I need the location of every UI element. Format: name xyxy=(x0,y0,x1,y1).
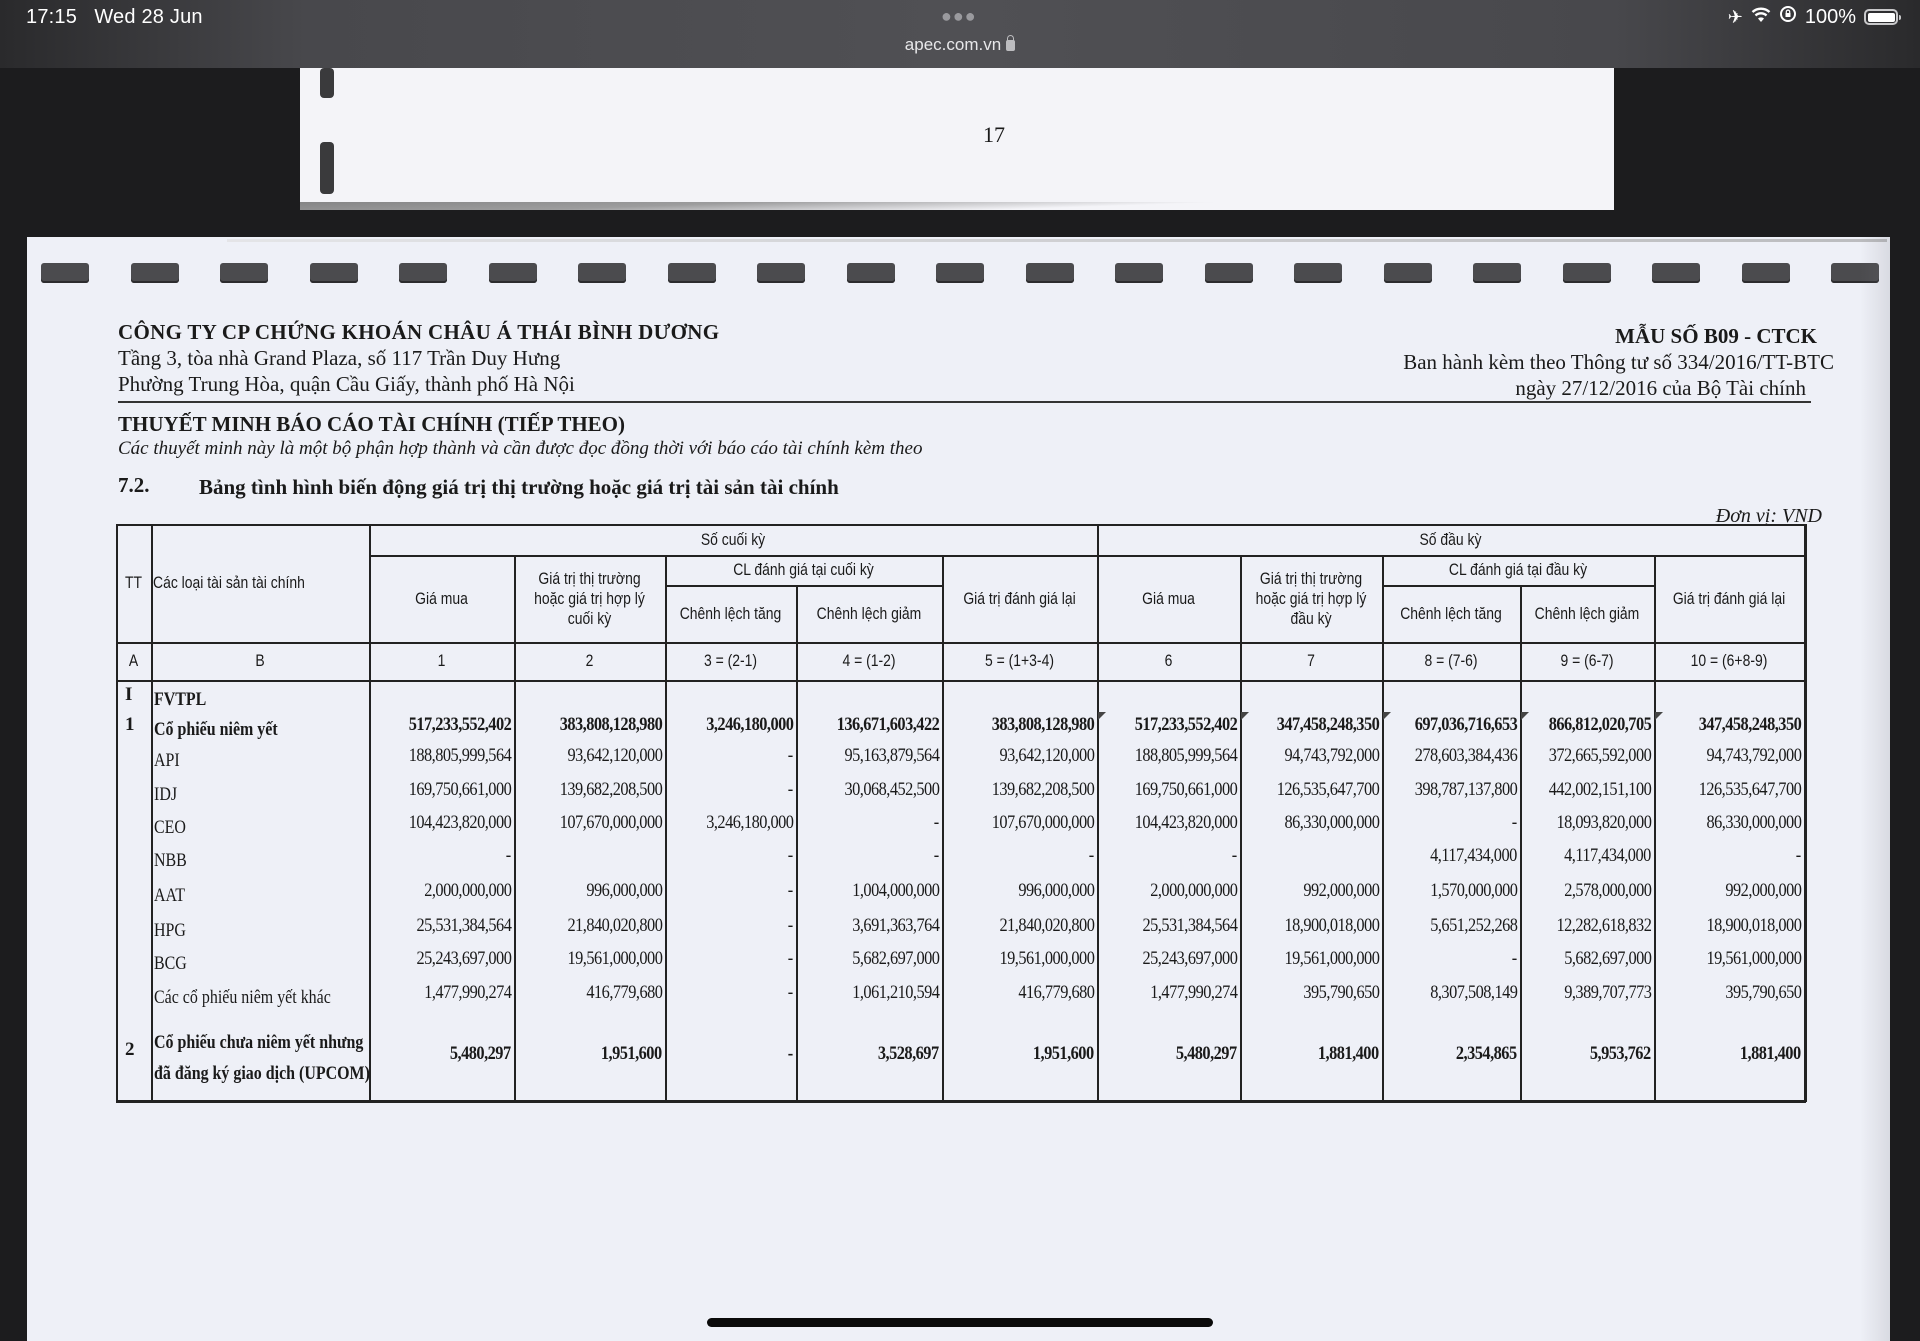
table-cell-value: 21,840,020,800 xyxy=(999,915,1094,937)
wifi-icon xyxy=(1751,6,1771,29)
table-cell-value: 866,812,020,705 xyxy=(1548,714,1651,736)
table-cell-value: 19,561,000,000 xyxy=(1706,948,1801,970)
table-cell-value: 2,354,865 xyxy=(1456,1043,1517,1065)
form-number: MẪU SỐ B09 - CTCK xyxy=(1615,324,1817,349)
table-cell-value: - xyxy=(1512,948,1517,970)
page-top-edge xyxy=(227,239,1887,242)
cell-comment-marker-icon xyxy=(1383,712,1391,720)
table-cell-value: 517,233,552,402 xyxy=(408,714,511,736)
table-cell-value: 398,787,137,800 xyxy=(1414,779,1517,801)
table-cell-value: 395,790,650 xyxy=(1303,982,1379,1004)
table-cell-value: 1,881,400 xyxy=(1318,1043,1379,1065)
page-number: 17 xyxy=(983,122,1005,148)
row-index: I xyxy=(125,684,132,706)
table-cell-value: 136,671,603,422 xyxy=(836,714,939,736)
table-cell-value: 1,951,600 xyxy=(601,1043,662,1065)
table-cell-value: 12,282,618,832 xyxy=(1556,915,1651,937)
table-cell-value: 9,389,707,773 xyxy=(1564,982,1651,1004)
table-cell-value: - xyxy=(934,812,939,834)
table-cell-value: 25,243,697,000 xyxy=(1142,948,1237,970)
table-cell-value: 347,458,248,350 xyxy=(1698,714,1801,736)
binder-hole-icon xyxy=(310,263,358,283)
table-cell-value: 18,093,820,000 xyxy=(1556,812,1651,834)
table-cell-value: 94,743,792,000 xyxy=(1284,745,1379,767)
table-cell-value: 992,000,000 xyxy=(1303,880,1379,902)
status-bar: 17:15 Wed 28 Jun ●●● apec.com.vn ✈ 100% xyxy=(0,0,1920,68)
table-cell-value: 1,061,210,594 xyxy=(852,982,939,1004)
column-header: Giá trị thị trường hoặc giá trị hợp lý c… xyxy=(528,555,652,642)
table-cell-value: 25,531,384,564 xyxy=(416,915,511,937)
table-cell-value: 86,330,000,000 xyxy=(1284,812,1379,834)
table-cell-value: 2,000,000,000 xyxy=(424,880,511,902)
previous-page-fragment: 17 xyxy=(300,68,1614,210)
table-rule xyxy=(116,524,118,1102)
table-cell-value: 383,808,128,980 xyxy=(991,714,1094,736)
binder-hole-icon xyxy=(757,263,805,283)
row-label: API xyxy=(154,745,180,776)
table-rule xyxy=(796,585,798,1101)
binder-hole-icon xyxy=(220,263,268,283)
binder-hole-icon xyxy=(320,68,334,98)
index-cell: 2 xyxy=(528,642,652,680)
table-cell-value: 416,779,680 xyxy=(586,982,662,1004)
lock-icon xyxy=(1006,40,1015,51)
table-cell-value: - xyxy=(788,948,793,970)
table-cell-value: 992,000,000 xyxy=(1725,880,1801,902)
url-bar[interactable]: apec.com.vn xyxy=(0,35,1920,55)
index-cell: 10 = (6+8-9) xyxy=(1668,642,1791,680)
table-cell-value: 5,682,697,000 xyxy=(1564,948,1651,970)
table-cell-value: 107,670,000,000 xyxy=(991,812,1094,834)
cell-comment-marker-icon xyxy=(1241,712,1249,720)
table-cell-value: - xyxy=(788,779,793,801)
orientation-lock-icon xyxy=(1779,5,1797,29)
header-tt: TT xyxy=(119,524,148,642)
table-cell-value: 18,900,018,000 xyxy=(1284,915,1379,937)
binder-hole-icon xyxy=(1652,263,1700,283)
table-cell-value: 139,682,208,500 xyxy=(559,779,662,801)
row-label: CEO xyxy=(154,812,186,843)
table-cell-value: 3,528,697 xyxy=(878,1043,939,1065)
binder-hole-icon xyxy=(1473,263,1521,283)
binder-hole-icon xyxy=(668,263,716,283)
column-header: Chênh lệch giảm xyxy=(809,585,929,642)
index-cell: 3 = (2-1) xyxy=(677,642,784,680)
table-cell-value: 1,477,990,274 xyxy=(424,982,511,1004)
row-label: BCG xyxy=(154,948,187,979)
company-address-line2: Phường Trung Hòa, quận Cầu Giấy, thành p… xyxy=(118,372,575,397)
table-cell-value: 1,004,000,000 xyxy=(852,880,939,902)
table-cell-value: 5,480,297 xyxy=(1176,1043,1237,1065)
status-icons: ✈ 100% xyxy=(1728,5,1898,29)
table-cell-value: 19,561,000,000 xyxy=(567,948,662,970)
table-cell-value: 5,953,762 xyxy=(1590,1043,1651,1065)
table-cell-value: 19,561,000,000 xyxy=(1284,948,1379,970)
binder-hole-icon xyxy=(320,142,334,194)
column-header: Chênh lệch tăng xyxy=(1394,585,1507,642)
table-cell-value: 139,682,208,500 xyxy=(991,779,1094,801)
table-cell-value: - xyxy=(1796,845,1801,867)
table-cell-value: 107,670,000,000 xyxy=(559,812,662,834)
column-header: Giá trị đánh giá lại xyxy=(956,555,1083,642)
table-cell-value: 697,036,716,653 xyxy=(1414,714,1517,736)
binder-hole-icon xyxy=(41,263,89,283)
row-label: Các cổ phiếu niêm yết khác xyxy=(154,982,331,1013)
table-cell-value: 188,805,999,564 xyxy=(408,745,511,767)
cell-comment-marker-icon xyxy=(1098,712,1106,720)
binder-hole-icon xyxy=(1742,263,1790,283)
row-label: Cổ phiếu niêm yết xyxy=(154,714,278,745)
binder-hole-icon xyxy=(131,263,179,283)
status-time: 17:15 Wed 28 Jun xyxy=(26,6,203,29)
table-rule xyxy=(1097,524,1099,1101)
table-cell-value: 93,642,120,000 xyxy=(567,745,662,767)
row-label: FVTPL xyxy=(154,684,206,715)
cell-comment-marker-icon xyxy=(1655,712,1663,720)
company-address-line1: Tầng 3, tòa nhà Grand Plaza, số 117 Trần… xyxy=(118,346,560,371)
table-rule xyxy=(665,555,667,1101)
table-cell-value: 18,900,018,000 xyxy=(1706,915,1801,937)
index-cell: 9 = (6-7) xyxy=(1532,642,1642,680)
issued-by-line1: Ban hành kèm theo Thông tư số 334/2016/T… xyxy=(1403,350,1834,375)
table-cell-value: 372,665,592,000 xyxy=(1548,745,1651,767)
table-cell-value: 93,642,120,000 xyxy=(999,745,1094,767)
table-cell-value: 188,805,999,564 xyxy=(1134,745,1237,767)
battery-percent: 100% xyxy=(1805,6,1856,29)
table-cell-value: 3,246,180,000 xyxy=(706,714,793,736)
table-cell-value: - xyxy=(788,1043,793,1065)
table-cell-value: - xyxy=(788,880,793,902)
row-index: 1 xyxy=(125,714,135,736)
table-rule xyxy=(369,524,371,1101)
document-page: CÔNG TY CP CHỨNG KHOÁN CHÂU Á THÁI BÌNH … xyxy=(27,237,1890,1341)
table-cell-value: 169,750,661,000 xyxy=(1134,779,1237,801)
binder-hole-icon xyxy=(936,263,984,283)
table-cell-value: 1,570,000,000 xyxy=(1430,880,1517,902)
column-header: Giá trị thị trường hoặc giá trị hợp lý đ… xyxy=(1253,555,1369,642)
table-cell-value: 996,000,000 xyxy=(586,880,662,902)
binder-hole-icon xyxy=(1026,263,1074,283)
header-begin-period: Số đầu kỳ xyxy=(1161,524,1741,555)
table-cell-value: 3,691,363,764 xyxy=(852,915,939,937)
url-text: apec.com.vn xyxy=(905,35,1001,54)
table-cell-value: 442,002,151,100 xyxy=(1548,779,1651,801)
index-cell: B xyxy=(171,642,350,680)
table-rule xyxy=(1654,555,1656,1101)
table-cell-value: - xyxy=(1089,845,1094,867)
table-cell-value: 4,117,434,000 xyxy=(1430,845,1517,867)
table-cell-value: 3,246,180,000 xyxy=(706,812,793,834)
column-header: Giá mua xyxy=(1110,555,1227,642)
table-cell-value: 1,881,400 xyxy=(1740,1043,1801,1065)
header-end-revaluation-diff: CL đánh giá tại cuối kỳ xyxy=(690,555,917,585)
table-cell-value: 2,578,000,000 xyxy=(1564,880,1651,902)
table-cell-value: 21,840,020,800 xyxy=(567,915,662,937)
section-number: 7.2. xyxy=(118,473,150,498)
table-cell-value: - xyxy=(788,915,793,937)
section-title: Bảng tình hình biến động giá trị thị trư… xyxy=(199,475,839,500)
header-begin-revaluation-diff: CL đánh giá tại đầu kỳ xyxy=(1406,555,1629,585)
column-header: Chênh lệch tăng xyxy=(677,585,784,642)
index-cell: 8 = (7-6) xyxy=(1394,642,1507,680)
row-index: 2 xyxy=(125,1039,135,1061)
column-header: Giá trị đánh giá lại xyxy=(1668,555,1791,642)
index-cell: 4 = (1-2) xyxy=(809,642,929,680)
table-cell-value: 416,779,680 xyxy=(1018,982,1094,1004)
notes-subtitle: Các thuyết minh này là một bộ phận hợp t… xyxy=(118,438,922,460)
binder-holes xyxy=(41,263,1881,285)
table-cell-value: 395,790,650 xyxy=(1725,982,1801,1004)
index-cell: 7 xyxy=(1253,642,1369,680)
column-header: Giá mua xyxy=(382,555,501,642)
table-cell-value: 517,233,552,402 xyxy=(1134,714,1237,736)
table-rule xyxy=(514,555,516,1101)
table-cell-value: 104,423,820,000 xyxy=(1134,812,1237,834)
index-cell: 1 xyxy=(382,642,501,680)
table-cell-value: - xyxy=(788,982,793,1004)
column-header: Chênh lệch giảm xyxy=(1532,585,1642,642)
header-end-period: Số cuối kỳ xyxy=(435,524,1032,555)
table-cell-value: 1,477,990,274 xyxy=(1150,982,1237,1004)
binder-hole-icon xyxy=(1115,263,1163,283)
table-cell-value: - xyxy=(1232,845,1237,867)
table-cell-value: 5,480,297 xyxy=(450,1043,511,1065)
table-cell-value: 86,330,000,000 xyxy=(1706,812,1801,834)
row-label: AAT xyxy=(154,880,185,911)
notes-title: THUYẾT MINH BÁO CÁO TÀI CHÍNH (TIẾP THEO… xyxy=(118,412,625,437)
binder-hole-icon xyxy=(1384,263,1432,283)
table-cell-value: 25,531,384,564 xyxy=(1142,915,1237,937)
index-cell: 6 xyxy=(1110,642,1227,680)
table-cell-value: 2,000,000,000 xyxy=(1150,880,1237,902)
table-cell-value: 104,423,820,000 xyxy=(408,812,511,834)
table-cell-value: 19,561,000,000 xyxy=(999,948,1094,970)
row-label: IDJ xyxy=(154,779,177,810)
financial-assets-table: TTCác loại tài sản tài chínhSố cuối kỳSố… xyxy=(116,524,1806,1100)
company-name: CÔNG TY CP CHỨNG KHOÁN CHÂU Á THÁI BÌNH … xyxy=(118,320,719,345)
table-cell-value: - xyxy=(934,845,939,867)
table-rule xyxy=(1240,555,1242,1101)
binder-hole-icon xyxy=(847,263,895,283)
home-indicator[interactable] xyxy=(707,1318,1213,1327)
table-cell-value: 5,651,252,268 xyxy=(1430,915,1517,937)
table-cell-value: 996,000,000 xyxy=(1018,880,1094,902)
binder-hole-icon xyxy=(578,263,626,283)
header-asset-type: Các loại tài sản tài chính xyxy=(153,524,332,642)
table-cell-value: 25,243,697,000 xyxy=(416,948,511,970)
index-cell: A xyxy=(119,642,148,680)
table-cell-value: 347,458,248,350 xyxy=(1276,714,1379,736)
table-rule xyxy=(942,555,944,1101)
table-cell-value: - xyxy=(788,745,793,767)
binder-hole-icon xyxy=(489,263,537,283)
table-cell-value: 126,535,647,700 xyxy=(1698,779,1801,801)
index-cell: 5 = (1+3-4) xyxy=(956,642,1083,680)
table-rule xyxy=(1382,555,1384,1101)
table-cell-value: 94,743,792,000 xyxy=(1706,745,1801,767)
table-rule xyxy=(1520,585,1522,1101)
page-edge-shadow xyxy=(300,202,1614,210)
table-cell-value: 1,951,600 xyxy=(1033,1043,1094,1065)
table-rule xyxy=(116,680,1806,682)
binder-hole-icon xyxy=(399,263,447,283)
row-label: NBB xyxy=(154,845,187,876)
table-cell-value: 30,068,452,500 xyxy=(844,779,939,801)
row-label: HPG xyxy=(154,915,186,946)
header-divider xyxy=(118,401,1811,403)
multitasking-dots-icon[interactable]: ●●● xyxy=(941,6,977,27)
table-cell-value: - xyxy=(1512,812,1517,834)
issued-by-line2: ngày 27/12/2016 của Bộ Tài chính xyxy=(1515,376,1806,401)
row-label: Cổ phiếu chưa niêm yết nhưngđã đăng ký g… xyxy=(154,1027,370,1089)
table-cell-value: 4,117,434,000 xyxy=(1564,845,1651,867)
binder-hole-icon xyxy=(1563,263,1611,283)
table-cell-value: 278,603,384,436 xyxy=(1414,745,1517,767)
table-cell-value: - xyxy=(506,845,511,867)
table-cell-value: 126,535,647,700 xyxy=(1276,779,1379,801)
cell-comment-marker-icon xyxy=(1521,712,1529,720)
table-cell-value: - xyxy=(788,845,793,867)
table-cell-value: 5,682,697,000 xyxy=(852,948,939,970)
table-cell-value: 95,163,879,564 xyxy=(844,745,939,767)
binder-hole-icon xyxy=(1294,263,1342,283)
battery-icon xyxy=(1864,9,1898,25)
table-cell-value: 8,307,508,149 xyxy=(1430,982,1517,1004)
binder-hole-icon xyxy=(1205,263,1253,283)
table-cell-value: 169,750,661,000 xyxy=(408,779,511,801)
table-rule xyxy=(1804,524,1807,1102)
table-cell-value: 383,808,128,980 xyxy=(559,714,662,736)
binder-hole-icon xyxy=(1831,263,1879,283)
airplane-icon: ✈ xyxy=(1728,6,1743,28)
